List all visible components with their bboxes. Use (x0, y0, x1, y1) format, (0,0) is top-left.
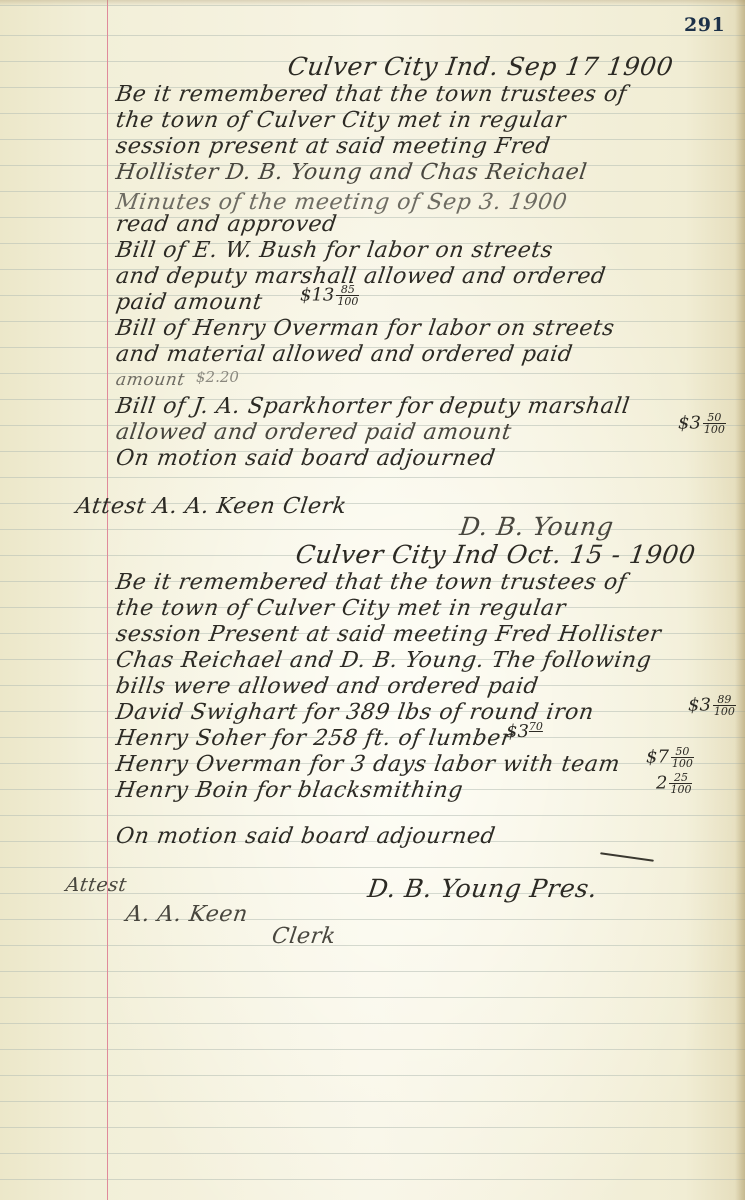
amount-fraction: 85100 (336, 284, 359, 307)
fraction-denominator: 100 (671, 758, 694, 769)
entry1-line: paid amount (114, 290, 264, 315)
ledger-page: 291 Culver City Ind. Sep 17 1900 Be it r… (0, 0, 745, 1200)
entry1-heading: Culver City Ind. Sep 17 1900 (286, 52, 675, 81)
entry2-line: session Present at said meeting Fred Hol… (114, 622, 663, 647)
amount-sparkhorter: $350100 (678, 412, 726, 435)
entry1-attest: Attest A. A. Keen Clerk (74, 494, 348, 519)
amount-dollars: $3 (506, 721, 529, 742)
entry2-signature: D. B. Young Pres. (366, 874, 599, 903)
bill-amount: $750100 (646, 746, 694, 769)
bill-amount: $370 (506, 720, 543, 742)
entry1-line: Hollister D. B. Young and Chas Reichael (114, 160, 588, 185)
entry1-line: Bill of Henry Overman for labor on stree… (114, 316, 616, 341)
amount-fraction: 89100 (713, 694, 736, 717)
entry2-attest-label: Attest (64, 874, 128, 896)
bill-line: Henry Boin for blacksmithing (114, 778, 465, 803)
entry1-line: read and approved (114, 212, 338, 237)
page-number: 291 (684, 14, 725, 36)
fraction-denominator: 100 (336, 296, 359, 307)
entry1-line: and deputy marshall allowed and ordered (114, 264, 607, 289)
entry1-line: session present at said meeting Fred (114, 134, 552, 159)
amount-fraction: 50100 (671, 746, 694, 769)
entry1-line: Bill of E. W. Bush for labor on streets (114, 238, 554, 263)
amount-bush: $1385100 (300, 284, 359, 307)
entry1-line: the town of Culver City met in regular (114, 108, 567, 133)
entry2-line: bills were allowed and ordered paid (114, 674, 540, 699)
entry1-line: On motion said board adjourned (114, 446, 497, 471)
entry1-line: Be it remembered that the town trustees … (114, 82, 628, 107)
amount-dollars: $3 (688, 695, 711, 716)
bill-amount: 225100 (656, 772, 692, 795)
fraction-denominator: 100 (669, 784, 692, 795)
amount-overman: $2.20 (196, 368, 239, 386)
amount-cents: 70 (529, 720, 543, 733)
amount-fraction: 25100 (669, 772, 692, 795)
red-margin-line (107, 0, 108, 1200)
entry2-adjourned: On motion said board adjourned (114, 824, 497, 849)
amount-dollars: 2 (656, 773, 667, 794)
amount-fraction: 50100 (703, 412, 726, 435)
entry1-line: allowed and ordered paid amount (114, 420, 513, 445)
entry1-line: amount (115, 370, 187, 390)
fraction-denominator: 100 (703, 424, 726, 435)
entry1-line: Bill of J. A. Sparkhorter for deputy mar… (114, 394, 631, 419)
entry2-heading: Culver City Ind Oct. 15 - 1900 (294, 540, 697, 569)
bill-line: Henry Overman for 3 days labor with team (114, 752, 621, 777)
amount-dollars: $13 (300, 285, 334, 306)
amount-dollars: $3 (678, 413, 701, 434)
bill-line: Henry Soher for 258 ft. of lumber (114, 726, 514, 751)
pen-flourish (600, 852, 654, 861)
bill-amount: $389100 (688, 694, 736, 717)
entry2-clerk-title: Clerk (270, 924, 337, 949)
entry1-line: and material allowed and ordered paid (114, 342, 574, 367)
entry1-signature: D. B. Young (458, 512, 616, 541)
page-right-edge (735, 0, 745, 1200)
amount-dollars: $7 (646, 747, 669, 768)
entry2-line: Be it remembered that the town trustees … (114, 570, 628, 595)
entry2-clerk-name: A. A. Keen (124, 902, 249, 927)
fraction-denominator: 100 (713, 706, 736, 717)
entry2-line: Chas Reichael and D. B. Young. The follo… (114, 648, 653, 673)
entry2-line: the town of Culver City met in regular (114, 596, 567, 621)
page-top-edge (0, 0, 745, 6)
